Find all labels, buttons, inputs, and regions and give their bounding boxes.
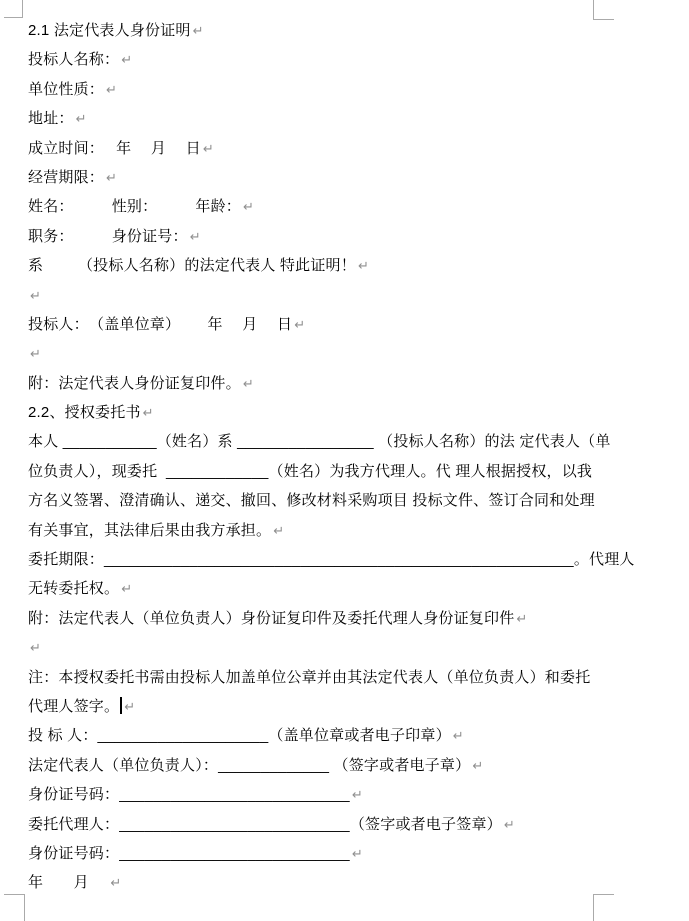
blank-line[interactable]: ↵ <box>28 339 614 368</box>
doc-line-entrust-term-2[interactable]: 无转委托权。↵ <box>28 574 614 603</box>
line-text: 系 （投标人名称）的法定代表人 特此证明！ <box>28 257 356 274</box>
line-text: 身份证号码：___________________________ <box>28 786 350 803</box>
doc-line-poa-body-3[interactable]: 方名义签署、澄清确认、递交、撤回、修改材料采购项目 投标文件、签订合同和处理 <box>28 486 614 515</box>
doc-line-entrust-term-1[interactable]: 委托期限：___________________________________… <box>28 545 614 574</box>
doc-line-attachment-2-1[interactable]: 附：法定代表人身份证复印件。↵ <box>28 369 614 398</box>
pilcrow-mark: ↵ <box>143 406 154 421</box>
section-2-1-heading[interactable]: 2.1 法定代表人身份证明↵ <box>28 16 614 45</box>
doc-line-name-gender-age[interactable]: 姓名： 性别： 年龄：↵ <box>28 192 614 221</box>
line-text: 职务： 身份证号： <box>28 228 188 245</box>
line-text: 附：法定代表人（单位负责人）身份证复印件及委托代理人身份证复印件 <box>28 610 514 627</box>
line-text: 无转委托权。 <box>28 580 119 597</box>
line-text: 本人 ___________（姓名）系 ________________ （投标… <box>28 433 611 450</box>
doc-line-bidder-sign[interactable]: 投 标 人：____________________（盖单位章或者电子印章）↵ <box>28 721 614 750</box>
doc-line-business-term[interactable]: 经营期限：↵ <box>28 163 614 192</box>
doc-line-poa-body-1[interactable]: 本人 ___________（姓名）系 ________________ （投标… <box>28 427 614 456</box>
pilcrow-mark: ↵ <box>106 83 117 98</box>
doc-line-bidder-name[interactable]: 投标人名称：↵ <box>28 45 614 74</box>
pilcrow-mark: ↵ <box>110 876 121 891</box>
pilcrow-mark: ↵ <box>294 318 305 333</box>
doc-line-id-number-1[interactable]: 身份证号码：___________________________↵ <box>28 780 614 809</box>
pilcrow-mark: ↵ <box>273 524 284 539</box>
line-text: 委托期限：___________________________________… <box>28 551 635 568</box>
doc-line-unit-nature[interactable]: 单位性质：↵ <box>28 75 614 104</box>
pilcrow-mark: ↵ <box>193 24 204 39</box>
line-text: 投标人： （盖单位章） 年 月 日 <box>28 316 292 333</box>
document-edit-area[interactable]: 2.1 法定代表人身份证明↵ 投标人名称：↵ 单位性质：↵ 地址：↵ 成立时间：… <box>28 16 614 898</box>
line-text: 姓名： 性别： 年龄： <box>28 198 241 215</box>
pilcrow-mark: ↵ <box>352 847 363 862</box>
text-boundary-mark-bottom-left <box>4 894 25 921</box>
document-page: 2.1 法定代表人身份证明↵ 投标人名称：↵ 单位性质：↵ 地址：↵ 成立时间：… <box>0 0 689 921</box>
pilcrow-mark: ↵ <box>504 818 515 833</box>
text-boundary-mark-bottom-right <box>593 894 614 921</box>
heading-text: 2.2、授权委托书 <box>28 404 141 421</box>
line-text: 附：法定代表人身份证复印件。 <box>28 375 241 392</box>
line-text: 身份证号码：___________________________ <box>28 845 350 862</box>
doc-line-bidder-seal-date[interactable]: 投标人： （盖单位章） 年 月 日↵ <box>28 310 614 339</box>
pilcrow-mark: ↵ <box>30 347 41 362</box>
doc-line-certify-statement[interactable]: 系 （投标人名称）的法定代表人 特此证明！↵ <box>28 251 614 280</box>
pilcrow-mark: ↵ <box>121 582 132 597</box>
line-text: 委托代理人：___________________________（签字或者电子… <box>28 816 502 833</box>
doc-line-note-1[interactable]: 注：本授权委托书需由投标人加盖单位公章并由其法定代表人（单位负责人）和委托 <box>28 663 614 692</box>
doc-line-agent-sign[interactable]: 委托代理人：___________________________（签字或者电子… <box>28 810 614 839</box>
line-text: 投 标 人：____________________（盖单位章或者电子印章） <box>28 727 451 744</box>
line-text: 代理人签字。 <box>28 698 119 715</box>
pilcrow-mark: ↵ <box>30 289 41 304</box>
doc-line-id-number-2[interactable]: 身份证号码：___________________________↵ <box>28 839 614 868</box>
pilcrow-mark: ↵ <box>124 700 135 715</box>
pilcrow-mark: ↵ <box>190 230 201 245</box>
pilcrow-mark: ↵ <box>243 377 254 392</box>
doc-line-establish-date[interactable]: 成立时间： 年 月 日↵ <box>28 134 614 163</box>
pilcrow-mark: ↵ <box>30 641 41 656</box>
doc-line-title-id[interactable]: 职务： 身份证号：↵ <box>28 222 614 251</box>
text-cursor <box>120 697 122 714</box>
line-text: 有关事宜，其法律后果由我方承担。 <box>28 522 271 539</box>
line-text: 投标人名称： <box>28 51 119 68</box>
pilcrow-mark: ↵ <box>516 612 527 627</box>
pilcrow-mark: ↵ <box>352 788 363 803</box>
line-text: 地址： <box>28 110 74 127</box>
doc-line-poa-body-4[interactable]: 有关事宜，其法律后果由我方承担。↵ <box>28 516 614 545</box>
pilcrow-mark: ↵ <box>203 142 214 157</box>
line-text: 年 月 <box>28 874 108 891</box>
pilcrow-mark: ↵ <box>358 259 369 274</box>
pilcrow-mark: ↵ <box>76 112 87 127</box>
line-text: 法定代表人（单位负责人）：_____________ （签字或者电子章） <box>28 757 470 774</box>
doc-line-attachment-2-2[interactable]: 附：法定代表人（单位负责人）身份证复印件及委托代理人身份证复印件↵ <box>28 604 614 633</box>
pilcrow-mark: ↵ <box>472 759 483 774</box>
line-text: 单位性质： <box>28 81 104 98</box>
text-boundary-mark-top-left <box>4 0 23 18</box>
doc-line-poa-body-2[interactable]: 位负责人），现委托 ____________（姓名）为我方代理人。代 理人根据授… <box>28 457 614 486</box>
blank-line[interactable]: ↵ <box>28 633 614 662</box>
doc-line-note-2[interactable]: 代理人签字。↵ <box>28 692 614 721</box>
line-text: 方名义签署、澄清确认、递交、撤回、修改材料采购项目 投标文件、签订合同和处理 <box>28 492 595 509</box>
blank-line[interactable]: ↵ <box>28 281 614 310</box>
doc-line-year-month[interactable]: 年 月 ↵ <box>28 868 614 897</box>
line-text: 经营期限： <box>28 169 104 186</box>
heading-text: 2.1 法定代表人身份证明 <box>28 22 191 39</box>
section-2-2-heading[interactable]: 2.2、授权委托书↵ <box>28 398 614 427</box>
doc-line-address[interactable]: 地址：↵ <box>28 104 614 133</box>
doc-line-legal-rep-sign[interactable]: 法定代表人（单位负责人）：_____________ （签字或者电子章）↵ <box>28 751 614 780</box>
line-text: 成立时间： 年 月 日 <box>28 140 201 157</box>
pilcrow-mark: ↵ <box>453 729 464 744</box>
pilcrow-mark: ↵ <box>121 53 132 68</box>
line-text: 位负责人），现委托 ____________（姓名）为我方代理人。代 理人根据授… <box>28 463 592 480</box>
pilcrow-mark: ↵ <box>243 200 254 215</box>
pilcrow-mark: ↵ <box>106 171 117 186</box>
line-text: 注：本授权委托书需由投标人加盖单位公章并由其法定代表人（单位负责人）和委托 <box>28 669 590 686</box>
